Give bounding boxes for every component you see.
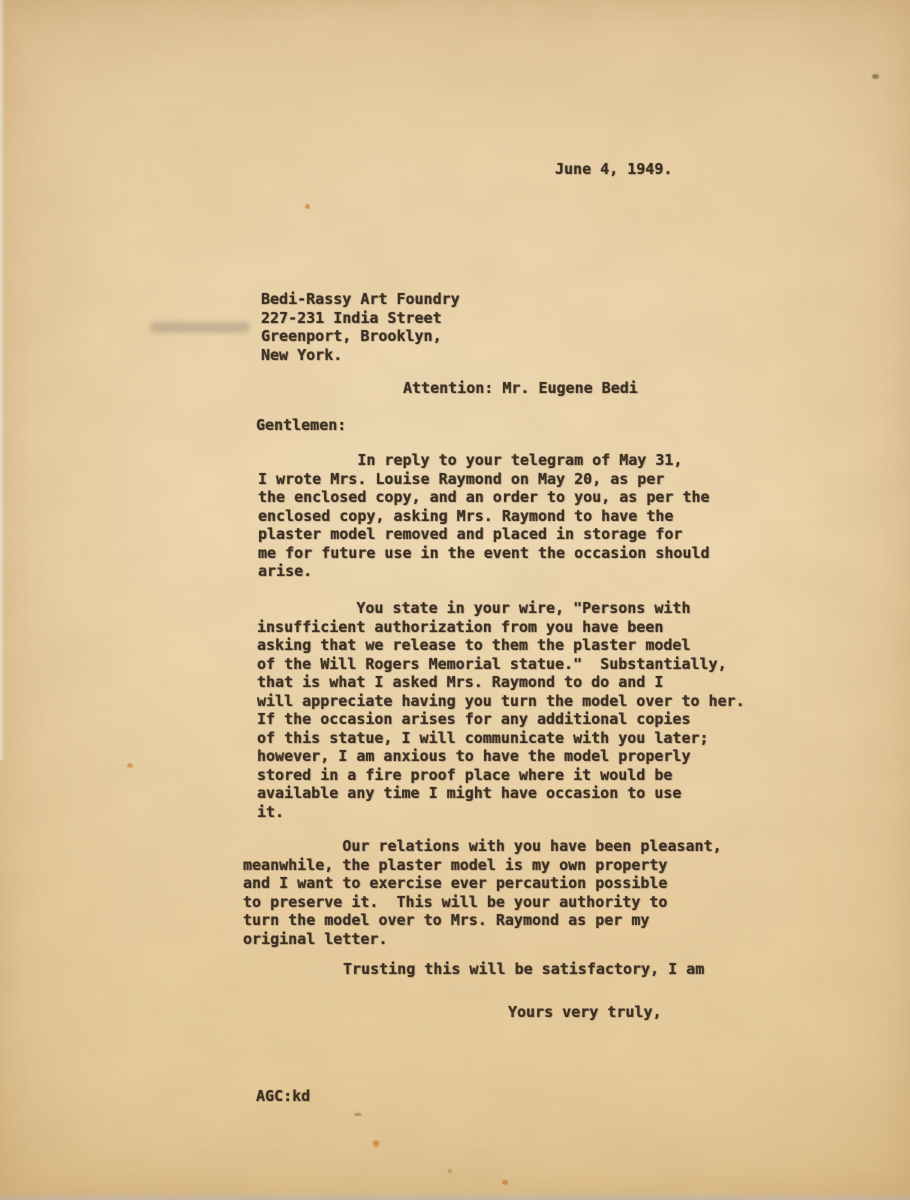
ink-speck (872, 74, 879, 79)
body-paragraph-1: In reply to your telegram of May 31, I w… (258, 451, 710, 581)
body-paragraph-3: Our relations with you have been pleasan… (243, 837, 722, 948)
valediction: Yours very truly, (508, 1003, 662, 1022)
fiber-speck (354, 1113, 362, 1116)
body-paragraph-2: You state in your wire, "Persons with in… (257, 599, 745, 821)
scan-edge-left (0, 0, 5, 760)
letter-date: June 4, 1949. (555, 160, 672, 179)
recipient-address: Bedi-Rassy Art Foundry 227-231 India Str… (261, 290, 460, 364)
rust-speck (127, 763, 133, 768)
closing-line: Trusting this will be satisfactory, I am (343, 960, 704, 979)
salutation: Gentlemen: (256, 416, 346, 435)
rust-speck (502, 1180, 508, 1185)
reference-initials: AGC:kd (256, 1087, 310, 1106)
rust-speck (305, 204, 310, 209)
attention-line: Attention: Mr. Eugene Bedi (403, 379, 638, 398)
fiber-speck (448, 1169, 452, 1173)
faded-ink-smudge (150, 322, 250, 333)
letter-page: June 4, 1949. Bedi-Rassy Art Foundry 227… (0, 0, 910, 1200)
scan-edge-bottom (0, 1193, 910, 1200)
rust-speck (373, 1140, 379, 1147)
